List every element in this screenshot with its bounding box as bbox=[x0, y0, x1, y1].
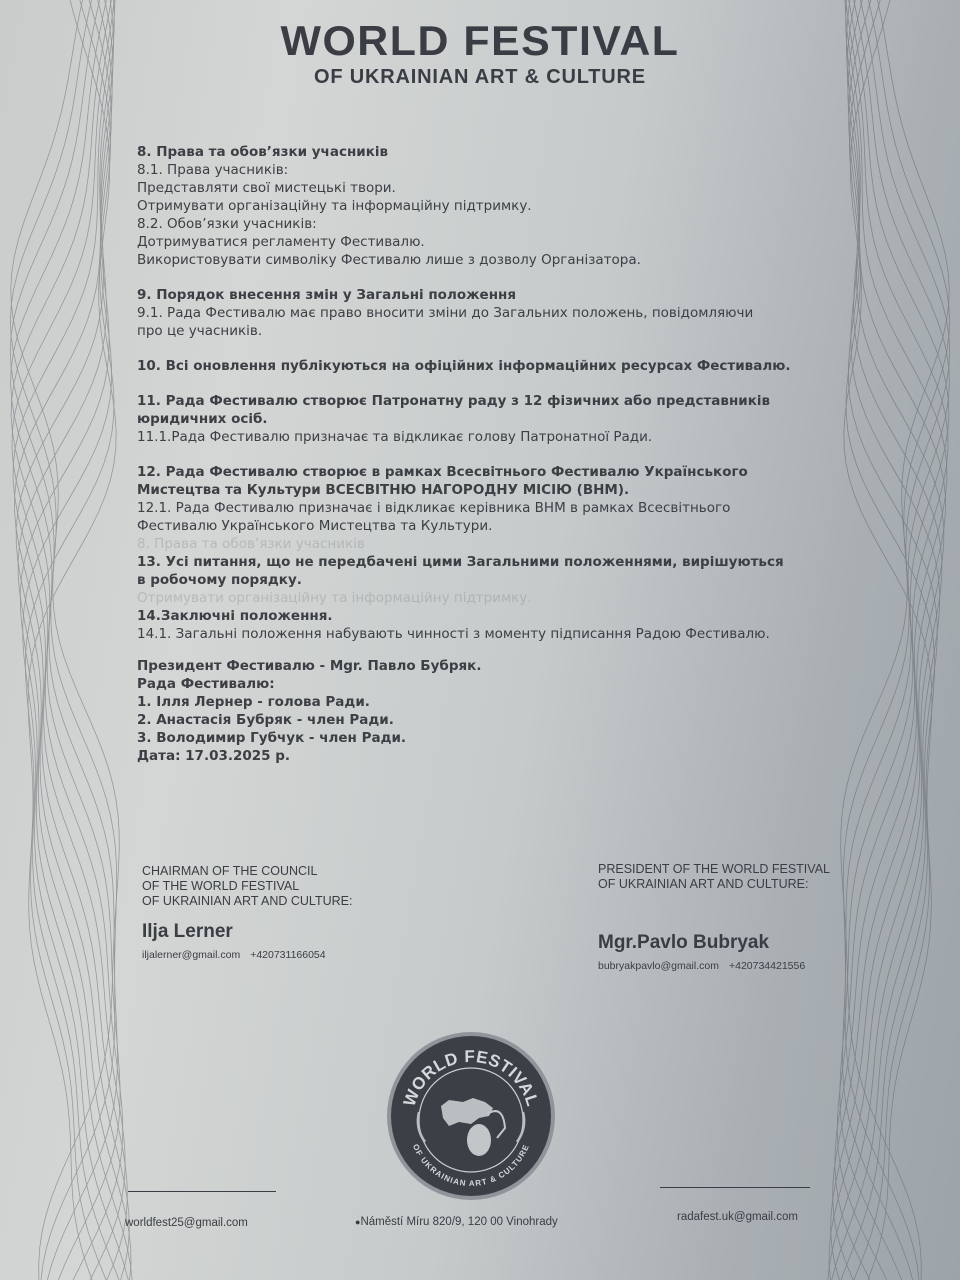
bleed-through-text: 8. Права та обов’язки учасників bbox=[137, 535, 797, 553]
section-8-line: 8.2. Обов’язки учасників: bbox=[137, 215, 797, 233]
signatory-email[interactable]: bubryakpavlo@gmail.com bbox=[598, 960, 719, 972]
section-8-heading: 8. Права та обов’язки учасників bbox=[137, 143, 797, 161]
signatory-phone[interactable]: +420731166054 bbox=[250, 949, 325, 961]
section-14-heading: 14.Заключні положення. bbox=[137, 607, 797, 625]
document-body: 8. Права та обов’язки учасників 8.1. Пра… bbox=[137, 143, 797, 765]
signature-block-president: PRESIDENT OF THE WORLD FESTIVAL OF UKRAI… bbox=[598, 862, 830, 972]
signature-block-chairman: CHAIRMAN OF THE COUNCIL OF THE WORLD FES… bbox=[142, 864, 352, 961]
section-11-line: 11.1.Рада Фестивалю призначає та відклик… bbox=[137, 428, 797, 446]
section-12-heading: 12. Рада Фестивалю створює в рамках Всес… bbox=[137, 463, 797, 481]
mask-icon bbox=[467, 1124, 491, 1156]
council-member: 2. Анастасія Бубряк - член Ради. bbox=[137, 711, 797, 729]
decorative-wave-right bbox=[800, 0, 960, 1280]
section-8-line: Представляти свої мистецькі твори. bbox=[137, 179, 797, 197]
signatory-email[interactable]: iljalerner@gmail.com bbox=[142, 949, 240, 961]
header-title: WORLD FESTIVAL bbox=[0, 18, 960, 64]
role-line: OF THE WORLD FESTIVAL bbox=[142, 879, 352, 894]
section-14-line: 14.1. Загальні положення набувають чинно… bbox=[137, 625, 797, 643]
role-line: PRESIDENT OF THE WORLD FESTIVAL bbox=[598, 862, 830, 877]
address-text: Náměstí Míru 820/9, 120 00 Vinohrady bbox=[360, 1216, 557, 1228]
section-13-heading: 13. Усі питання, що не передбачені цими … bbox=[137, 553, 797, 571]
footer-address: ●Náměstí Míru 820/9, 120 00 Vinohrady bbox=[355, 1216, 558, 1228]
section-8-line: Дотримуватися регламенту Фестивалю. bbox=[137, 233, 797, 251]
section-11-heading: юридичних осіб. bbox=[137, 410, 797, 428]
footer-email-right[interactable]: radafest.uk@gmail.com bbox=[677, 1211, 798, 1223]
signature-line-left bbox=[128, 1191, 276, 1192]
decorative-wave-left bbox=[0, 0, 160, 1280]
section-8-line: Отримувати організаційну та інформаційну… bbox=[137, 197, 797, 215]
section-12-line: 12.1. Рада Фестивалю призначає і відклик… bbox=[137, 499, 797, 517]
council-label: Рада Фестивалю: bbox=[137, 675, 797, 693]
president-line: Президент Фестивалю - Mgr. Павло Бубряк. bbox=[137, 657, 797, 675]
section-8-line: 8.1. Права учасників: bbox=[137, 161, 797, 179]
signatory-phone[interactable]: +420734421556 bbox=[729, 960, 805, 972]
signatory-name: Mgr.Pavlo Bubryak bbox=[598, 932, 830, 954]
council-member: 3. Володимир Губчук - член Ради. bbox=[137, 729, 797, 747]
section-8-line: Використовувати символіку Фестивалю лише… bbox=[137, 251, 797, 269]
header-subtitle: OF UKRAINIAN ART & CULTURE bbox=[0, 66, 960, 89]
festival-seal: WORLD FESTIVAL OF UKRAINIAN ART & CULTUR… bbox=[383, 1028, 559, 1204]
role-line: OF UKRAINIAN ART AND CULTURE: bbox=[598, 877, 830, 892]
section-9-line: про це учасників. bbox=[137, 322, 797, 340]
section-12-line: Фестивалю Українського Мистецтва та Куль… bbox=[137, 517, 797, 535]
section-9-heading: 9. Порядок внесення змін у Загальні поло… bbox=[137, 286, 797, 304]
document-header: WORLD FESTIVAL OF UKRAINIAN ART & CULTUR… bbox=[0, 18, 960, 89]
bleed-through-text: Отримувати організаційну та інформаційну… bbox=[137, 589, 797, 607]
role-line: CHAIRMAN OF THE COUNCIL bbox=[142, 864, 352, 879]
section-10-heading: 10. Всі оновлення публікуються на офіцій… bbox=[137, 357, 797, 375]
signature-line-right bbox=[660, 1187, 810, 1188]
council-member: 1. Ілля Лернер - голова Ради. bbox=[137, 693, 797, 711]
section-13-heading: в робочому порядку. bbox=[137, 571, 797, 589]
document-date: Дата: 17.03.2025 р. bbox=[137, 747, 797, 765]
section-11-heading: 11. Рада Фестивалю створює Патронатну ра… bbox=[137, 392, 797, 410]
section-12-heading: Мистецтва та Культури ВСЕСВІТНЮ НАГОРОДН… bbox=[137, 481, 797, 499]
role-line: OF UKRAINIAN ART AND CULTURE: bbox=[142, 894, 352, 909]
signatory-name: Ilja Lerner bbox=[142, 921, 352, 943]
footer-email-left[interactable]: worldfest25@gmail.com bbox=[125, 1217, 248, 1229]
section-9-line: 9.1. Рада Фестивалю має право вносити зм… bbox=[137, 304, 797, 322]
